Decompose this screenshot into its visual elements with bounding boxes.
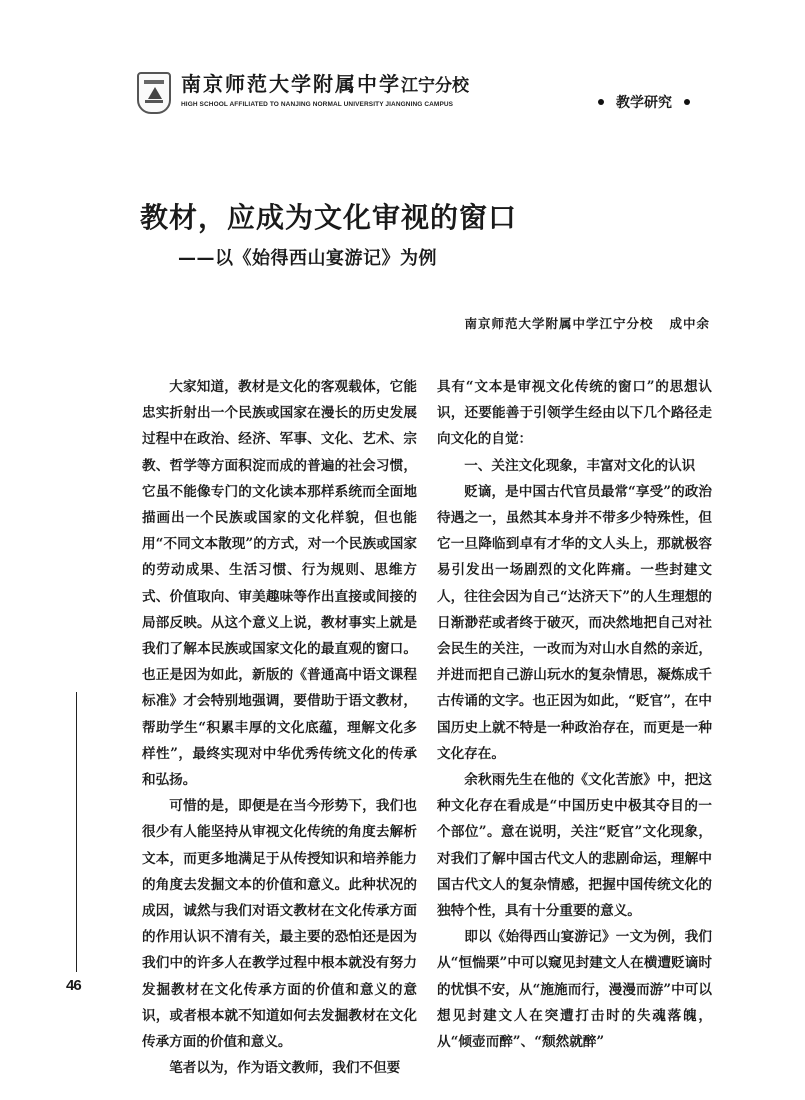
- right-column: 具有“文本是审视文化传统的窗口”的思想认识，还要能善于引领学生经由以下几个路径走…: [437, 374, 712, 1055]
- paragraph: 贬谪，是中国古代官员最常“享受”的政治待遇之一，虽然其本身并不带多少特殊性，但它…: [437, 479, 712, 767]
- logo-chinese-name: 南京师范大学附属中学江宁分校: [181, 72, 469, 98]
- article-subtitle: ——以《始得西山宴游记》为例: [178, 244, 437, 270]
- article-title: 教材，应成为文化审视的窗口: [140, 196, 517, 236]
- left-column: 大家知道，教材是文化的客观载体，它能忠实折射出一个民族或国家在漫长的历史发展过程…: [142, 374, 417, 1081]
- paragraph: 即以《始得西山宴游记》一文为例，我们从“恒惴栗”中可以窥见封建文人在横遭贬谪时的…: [437, 924, 712, 1055]
- bullet-dot-icon: [684, 99, 690, 105]
- paragraph: 笔者以为，作为语文教师，我们不但要: [142, 1055, 417, 1081]
- logo-english-name: HIGH SCHOOL AFFILIATED TO NANJING NORMAL…: [181, 101, 469, 108]
- logo-text: 南京师范大学附属中学江宁分校 HIGH SCHOOL AFFILIATED TO…: [181, 72, 469, 108]
- paragraph: 大家知道，教材是文化的客观载体，它能忠实折射出一个民族或国家在漫长的历史发展过程…: [142, 374, 417, 793]
- paragraph: 可惜的是，即便是在当今形势下，我们也很少有人能坚持从审视文化传统的角度去解析文本…: [142, 793, 417, 1055]
- section-name: 教学研究: [616, 92, 672, 112]
- paragraph-continuation: 具有“文本是审视文化传统的窗口”的思想认识，还要能善于引领学生经由以下几个路径走…: [437, 374, 712, 453]
- margin-rule: [76, 692, 77, 972]
- byline: 南京师范大学附属中学江宁分校成中余: [464, 314, 710, 332]
- section-heading: 一、关注文化现象，丰富对文化的认识: [437, 453, 712, 479]
- author-affiliation: 南京师范大学附属中学江宁分校: [464, 316, 653, 331]
- paragraph: 余秋雨先生在他的《文化苦旅》中，把这种文化存在看成是“中国历史中极其夺目的一个部…: [437, 767, 712, 924]
- logo-campus-name: 江宁分校: [401, 76, 469, 96]
- school-logo: 南京师范大学附属中学江宁分校 HIGH SCHOOL AFFILIATED TO…: [137, 72, 469, 114]
- logo-school-name: 南京师范大学附属中学: [181, 72, 401, 96]
- school-crest-icon: [137, 72, 171, 114]
- bullet-dot-icon: [598, 99, 604, 105]
- section-label: 教学研究: [598, 92, 690, 112]
- page-number: 46: [66, 977, 81, 994]
- author-name: 成中余: [669, 316, 710, 331]
